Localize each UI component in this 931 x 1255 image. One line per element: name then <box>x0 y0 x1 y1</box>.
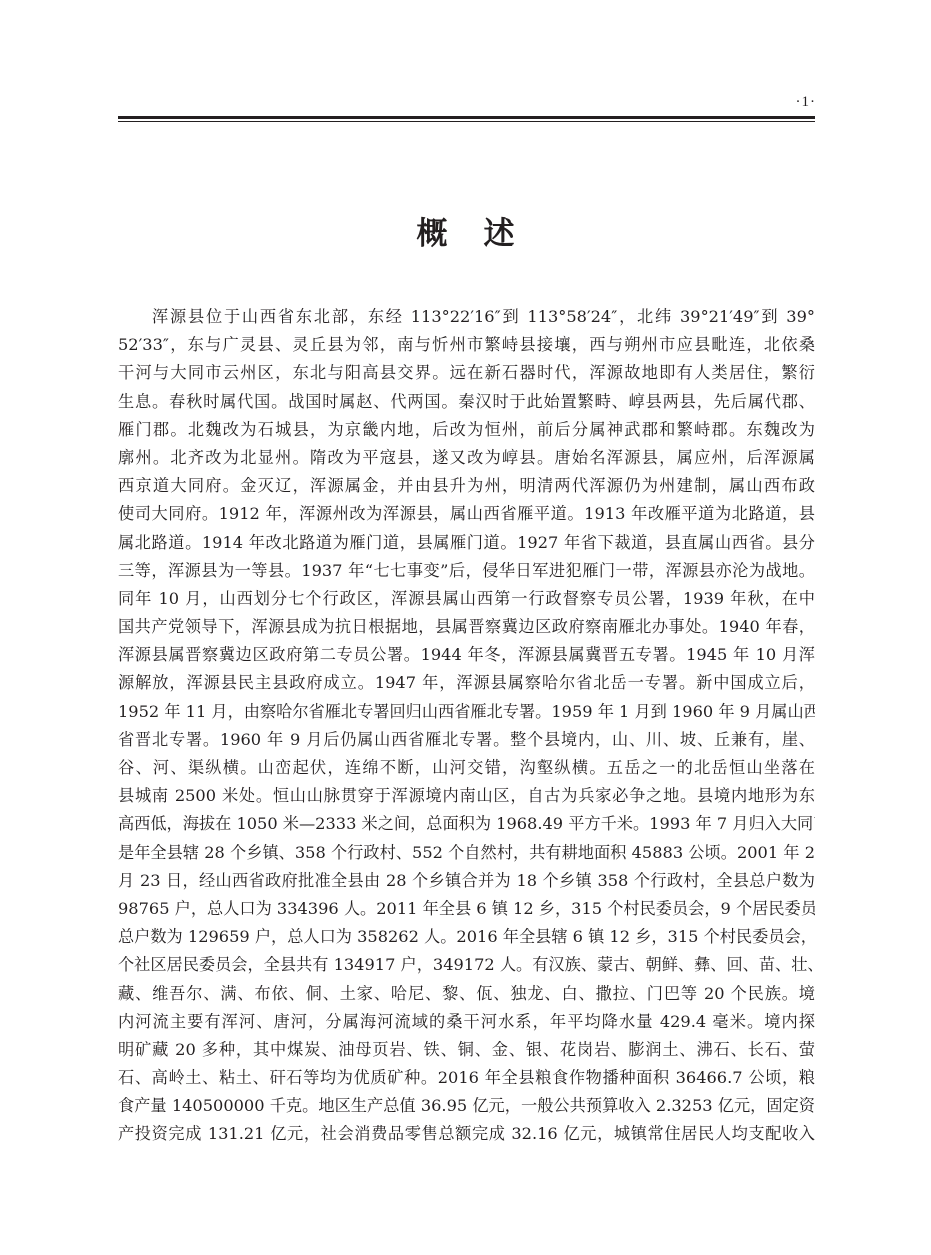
text-line: 月 23 日，经山西省政府批准全县由 28 个乡镇合并为 18 个乡镇 358 … <box>118 867 815 895</box>
page-title: 概述 <box>0 208 931 253</box>
text-line: 1952 年 11 月，由察哈尔省雁北专署回归山西省雁北专署。1959 年 1 … <box>118 698 815 726</box>
text-line: 属北路道。1914 年改北路道为雁门道，县属雁门道。1927 年省下裁道，县直属… <box>118 529 815 557</box>
text-line: 总户数为 129659 户，总人口为 358262 人。2016 年全县辖 6 … <box>118 923 815 951</box>
text-line: 省晋北专署。1960 年 9 月后仍属山西省雁北专署。整个县境内，山、川、坡、丘… <box>118 726 815 754</box>
header-rule-thin <box>118 121 815 122</box>
header-rule-thick <box>118 116 815 119</box>
text-line: 西京道大同府。金灭辽，浑源属金，并由县升为州，明清两代浑源仍为州建制，属山西布政 <box>118 472 815 500</box>
text-line: 内河流主要有浑河、唐河，分属海河流域的桑干河水系，年平均降水量 429.4 毫米… <box>118 1008 815 1036</box>
text-line: 52′33″，东与广灵县、灵丘县为邻，南与忻州市繁峙县接壤，西与朔州市应县毗连，… <box>118 331 815 359</box>
text-line: 干河与大同市云州区，东北与阳高县交界。远在新石器时代，浑源故地即有人类居住，繁衍 <box>118 359 815 387</box>
text-line: 明矿藏 20 多种，其中煤炭、油母页岩、铁、铜、金、银、花岗岩、膨润土、沸石、长… <box>118 1036 815 1064</box>
page-number: ·1· <box>760 94 816 111</box>
body-paragraph: 浑源县位于山西省东北部，东经 113°22′16″到 113°58′24″，北纬… <box>118 303 815 1149</box>
text-line: 谷、河、渠纵横。山峦起伏，连绵不断，山河交错，沟壑纵横。五岳之一的北岳恒山坐落在 <box>118 754 815 782</box>
text-line: 源解放，浑源县民主县政府成立。1947 年，浑源县属察哈尔省北岳一专署。新中国成… <box>118 669 815 697</box>
title-char-1: 概 <box>417 208 448 253</box>
text-line: 同年 10 月，山西划分七个行政区，浑源县属山西第一行政督察专员公署，1939 … <box>118 585 815 613</box>
text-line: 县城南 2500 米处。恒山山脉贯穿于浑源境内南山区，自古为兵家必争之地。县境内… <box>118 782 815 810</box>
title-char-2: 述 <box>484 208 515 253</box>
text-line: 使司大同府。1912 年，浑源州改为浑源县，属山西省雁平道。1913 年改雁平道… <box>118 500 815 528</box>
text-line: 雁门郡。北魏改为石城县，为京畿内地，后改为恒州，前后分属神武郡和繁峙郡。东魏改为 <box>118 416 815 444</box>
text-line: 廓州。北齐改为北显州。隋改为平寇县，遂又改为崞县。唐始名浑源县，属应州，后浑源属 <box>118 444 815 472</box>
text-line: 高西低，海拔在 1050 米—2333 米之间，总面积为 1968.49 平方千… <box>118 810 815 838</box>
text-line: 浑源县位于山西省东北部，东经 113°22′16″到 113°58′24″，北纬… <box>118 303 815 331</box>
text-line: 食产量 140500000 千克。地区生产总值 36.95 亿元，一般公共预算收… <box>118 1092 815 1120</box>
text-line: 石、高岭土、粘土、矸石等均为优质矿种。2016 年全县粮食作物播种面积 3646… <box>118 1064 815 1092</box>
text-line: 浑源县属晋察冀边区政府第二专员公署。1944 年冬，浑源县属冀晋五专署。1945… <box>118 641 815 669</box>
text-line: 个社区居民委员会，全县共有 134917 户，349172 人。有汉族、蒙古、朝… <box>118 951 815 979</box>
text-line: 藏、维吾尔、满、布依、侗、土家、哈尼、黎、佤、独龙、白、撒拉、门巴等 20 个民… <box>118 980 815 1008</box>
text-line: 三等，浑源县为一等县。1937 年“七七事变”后，侵华日军进犯雁门一带，浑源县亦… <box>118 557 815 585</box>
text-line: 生息。春秋时属代国。战国时属赵、代两国。秦汉时于此始置繁畤、崞县两县，先后属代郡… <box>118 388 815 416</box>
text-line: 国共产党领导下，浑源县成为抗日根据地，县属晋察冀边区政府察南雁北办事处。1940… <box>118 613 815 641</box>
text-line: 98765 户，总人口为 334396 人。2011 年全县 6 镇 12 乡，… <box>118 895 815 923</box>
text-line: 产投资完成 131.21 亿元，社会消费品零售总额完成 32.16 亿元，城镇常… <box>118 1120 815 1148</box>
text-line: 是年全县辖 28 个乡镇、358 个行政村、552 个自然村，共有耕地面积 45… <box>118 839 815 867</box>
